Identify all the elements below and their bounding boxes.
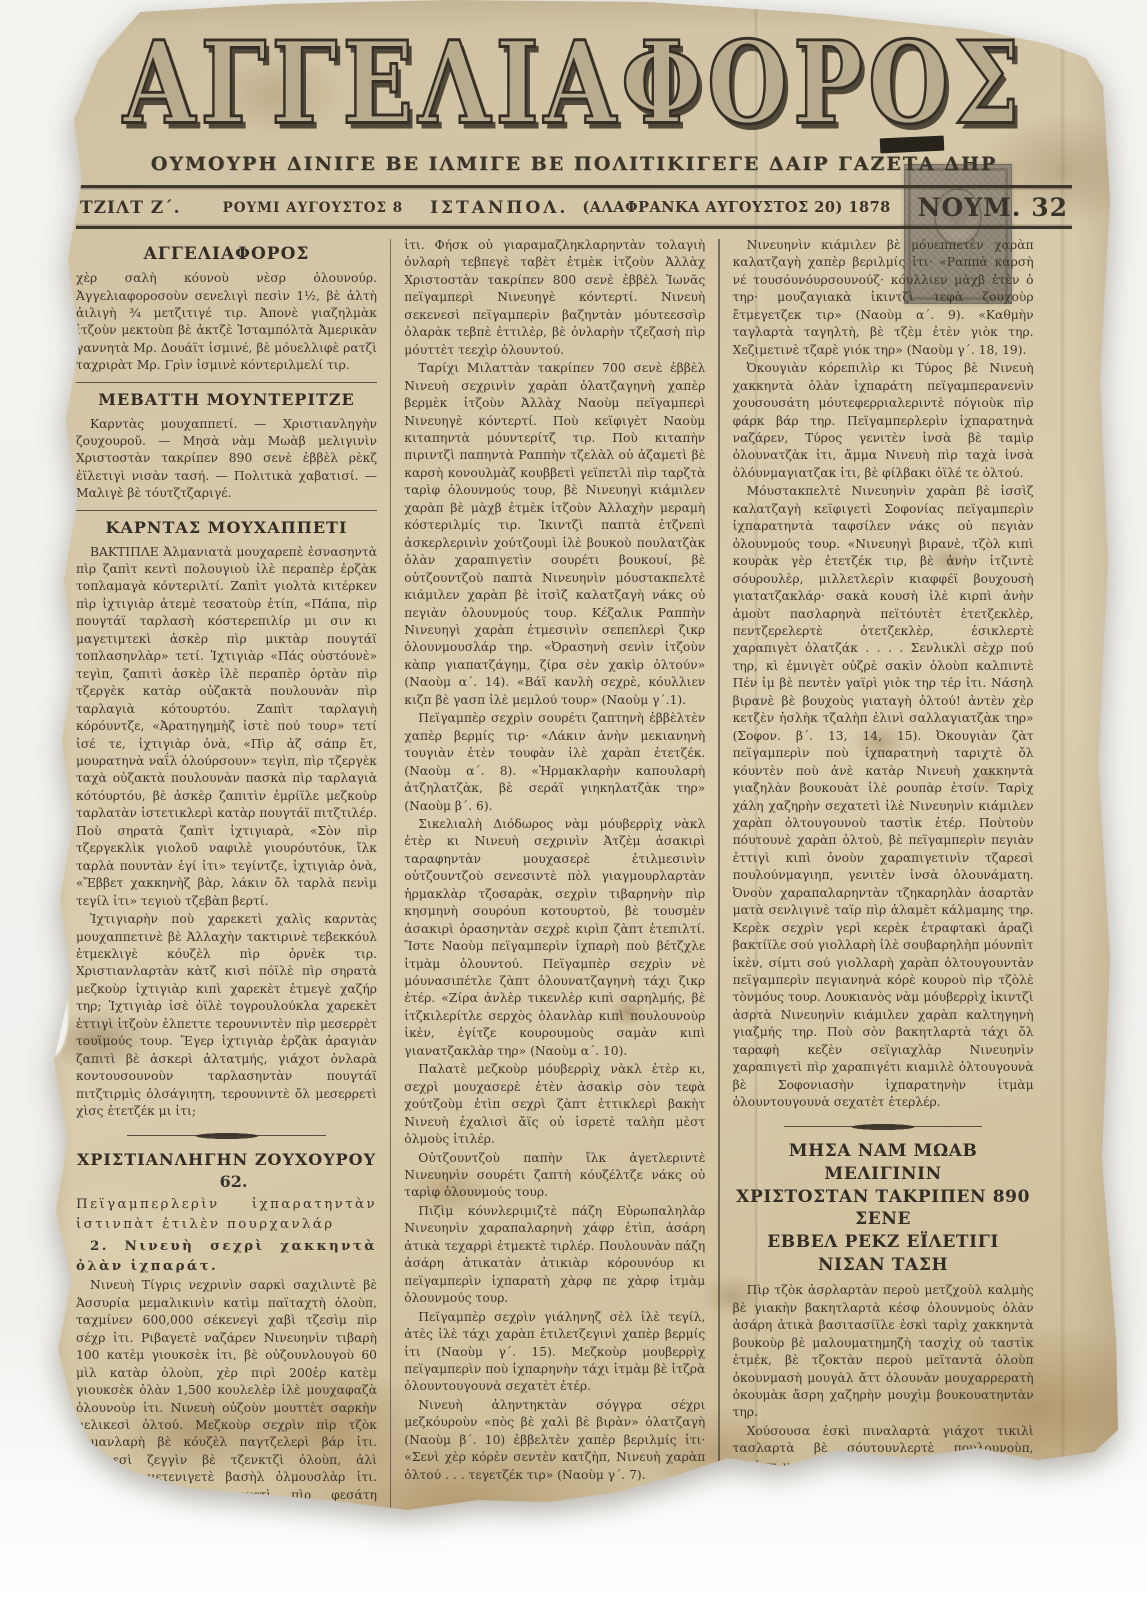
- issue-number: ΝΟΥΜ. 32: [918, 193, 1068, 222]
- contents-title: ΜΕΒΑΤΤΗ ΜΟΥΝΤΕΡΙΤΖΕ: [76, 389, 377, 412]
- paper-hole: [34, 962, 68, 1058]
- column-3: Νινευηνὶν κιάμιλεν βὲ μόυεππετὲν χαρὰπ κ…: [733, 237, 1034, 1581]
- edge-ink-smudge: [31, 252, 53, 259]
- edge-ink-smudge: [36, 298, 51, 304]
- body-paragraph: Ὀκουγιὰν κόρεπιλὶρ κι Τύρος βὲ Νινευὴ χα…: [733, 360, 1034, 482]
- body-paragraph: Παλατὲ μεζκοὺρ μόυβερρὶχ νὰκλ ἐτὲρ κι, σ…: [404, 1061, 705, 1148]
- series-title: ΧΡΙΣΤΙΑΝΛΗΓΗΝ ΖΟΥΧΟΥΡΟΥ: [76, 1149, 377, 1172]
- edge-ink-smudge: [35, 455, 52, 462]
- photograph-of-newspaper: { "masthead": { "title": "ΑΓΓΕΛΙΑΦΟΡΟΣ",…: [0, 0, 1147, 1600]
- column-rule-left: [390, 239, 391, 1581]
- paper-wrap: ΑΓΓΕΛΙΑΦΟΡΟΣ ΟΥΜΟΥΡΗ ΔΙΝΙΓΕ ΒΕ ΙΛΜΙΓΕ ΒΕ…: [0, 0, 1147, 1600]
- newspaper-title: ΑΓΓΕΛΙΑΦΟΡΟΣ: [123, 26, 1025, 139]
- masthead-box-title: ΑΓΓΕΛΙΑΦΟΡΟΣ: [76, 242, 377, 266]
- body-paragraph: ἰτι. Φήσκ οὐ γιαραμαζληκλαρηντὰν τολαγιὴ…: [404, 237, 705, 359]
- volume-label: ΤΖΙΛΤ Ζ΄.: [80, 198, 181, 218]
- page-content: ΑΓΓΕΛΙΑΦΟΡΟΣ ΟΥΜΟΥΡΗ ΔΙΝΙΓΕ ΒΕ ΙΛΜΙΓΕ ΒΕ…: [28, 0, 1128, 1581]
- body-paragraph: Οὐτζουντζοὺ παπὴν ἴλκ ἀγετλεριντὲ Νινευη…: [404, 1150, 705, 1202]
- edge-ink-smudge: [32, 182, 52, 189]
- alafranga-date: (ΑΛΑΦΡΑΝΚΑ ΑΥΓΟΥΣΤΟΣ 20) 1878: [582, 199, 890, 216]
- story-title: ΚΑΡΝΤΑΣ ΜΟΥΧΑΠΠΕΤΙ: [76, 517, 377, 540]
- series-paragraph: Νινευὴ Τίγρις νεχρινὶν σαρκὶ σαχιλιντὲ β…: [76, 1277, 377, 1521]
- swelled-rule-ornament: [784, 1120, 983, 1134]
- dateline: ΤΖΙΛΤ Ζ΄. ΡΟΥΜΙ ΑΥΓΟΥΣΤΟΣ 8 ΙΣΤΑΝΠΟΛ. (Α…: [76, 188, 1072, 226]
- masthead: ΑΓΓΕΛΙΑΦΟΡΟΣ ΟΥΜΟΥΡΗ ΔΙΝΙΓΕ ΒΕ ΙΛΜΙΓΕ ΒΕ…: [76, 26, 1072, 175]
- body-paragraph: Πὶρ τζὸκ ἀσρλαρτὰν περοὺ μετζχοὺλ καλμὴς…: [733, 1282, 1034, 1422]
- body-paragraph: Πιζὶμ κόυνλεριμιζτὲ πάζη Εὐρωπαληλὰρ Νιν…: [404, 1203, 705, 1308]
- story-paragraph: Ἰχτιγιαρὴν ποὺ χαρεκετὶ χαλὶς καρντὰς μο…: [76, 911, 377, 1120]
- swelled-rule-ornament: [127, 1129, 326, 1143]
- contents-list: Καρντὰς μουχαππετί. — Χριστιανληγὴν ζουχ…: [76, 416, 377, 503]
- edge-ink-smudge: [32, 487, 46, 493]
- rumi-date: ΡΟΥΜΙ ΑΥΓΟΥΣΤΟΣ 8: [223, 200, 404, 216]
- body-paragraph: Πεϊγαμπὲρ σεχρὶν σουρέτι ζαπτηνὴ ἐββὲλτὲ…: [404, 710, 705, 815]
- section-rule: [76, 510, 377, 511]
- columns: ΑΓΓΕΛΙΑΦΟΡΟΣ χὲρ σαλὴ κόυνοὺ νὲσρ ὀλουνο…: [76, 237, 1072, 1581]
- paper-hole: [30, 1132, 54, 1174]
- series-number: 62.: [76, 1171, 377, 1194]
- body-paragraph: Νινευηνὶν κιάμιλεν βὲ μόυεππετὲν χαρὰπ κ…: [733, 237, 1034, 359]
- subscription-notice: χὲρ σαλὴ κόυνοὺ νὲσρ ὀλουνούρ. Ἀγγελιαφο…: [76, 270, 377, 375]
- section-rule: [76, 382, 377, 383]
- article-heading: ΜΗΣΑ ΝΑΜ ΜΩΑΒ ΜΕΛΙΓΙΝΙΝ ΧΡΙΣΤΟΣΤΑΝ ΤΑΚΡΙ…: [733, 1140, 1034, 1278]
- story-paragraph: ΒΑΚΤΙΠΛΕ Ἀλμανιατὰ μουχαρεπὲ ἐσνασηντὰ π…: [76, 544, 377, 911]
- body-paragraph: Σικελιαλὴ Διόδωρος νὰμ μόυβερρὶχ νὰκλ ἐτ…: [404, 816, 705, 1060]
- newspaper-page: ΑΓΓΕΛΙΑΦΟΡΟΣ ΟΥΜΟΥΡΗ ΔΙΝΙΓΕ ΒΕ ΙΛΜΙΓΕ ΒΕ…: [28, 0, 1128, 1562]
- series-subtitle: Πεϊγαμπερλερὶν ἰχπαρατηντὰν ἰστινπὰτ ἐτι…: [76, 1195, 377, 1235]
- series-subheading: 2. Νινευὴ σεχρὶ χακκηντὰ ὀλὰν ἰχπαράτ.: [76, 1236, 377, 1276]
- column-1: ΑΓΓΕΛΙΑΦΟΡΟΣ χὲρ σαλὴ κόυνοὺ νὲσρ ὀλουνο…: [76, 237, 377, 1581]
- article-heading-line: ΕΒΒΕΛ ΡΕΚΖ ΕΪΛΕΤΙΓΙ ΝΙΣΑΝ ΤΑΣΗ: [733, 1231, 1034, 1277]
- rule-below-dateline: [76, 226, 1072, 229]
- body-paragraph: Χούσουσα ἐσκὶ πιναλαρτὰ γιάχοτ τικιλὶ τα…: [733, 1423, 1034, 1580]
- column-2: ἰτι. Φήσκ οὐ γιαραμαζληκλαρηντὰν τολαγιὴ…: [404, 237, 705, 1581]
- article-heading-line: ΧΡΙΣΤΟΣΤΑΝ ΤΑΚΡΙΠΕΝ 890 ΣΕΝΕ: [733, 1186, 1034, 1232]
- edge-ink-smudge: [33, 330, 51, 336]
- newspaper-subtitle: ΟΥΜΟΥΡΗ ΔΙΝΙΓΕ ΒΕ ΙΛΜΙΓΕ ΒΕ ΠΟΛΙΤΙΚΙΓΕΓΕ…: [76, 153, 1072, 175]
- article-heading-line: ΜΗΣΑ ΝΑΜ ΜΩΑΒ ΜΕΛΙΓΙΝΙΝ: [733, 1140, 1034, 1186]
- body-paragraph: Ταρίχι Μιλαττὰν τακρίπεν 700 σενὲ ἐββὲλ …: [404, 360, 705, 709]
- body-paragraph: Μόυστακπελτὲ Νινευηνὶν χαρὰπ βὲ ἰσσὶζ κα…: [733, 483, 1034, 1111]
- edge-ink-smudge: [38, 214, 54, 220]
- city-label: ΙΣΤΑΝΠΟΛ.: [430, 198, 568, 218]
- column-rule-right: [718, 239, 719, 1581]
- body-paragraph: Νινευὴ ἀληντηκτὰν σόγγρα σέχρι μεζκόυροὺ…: [404, 1397, 705, 1484]
- body-paragraph: Πεϊγαμπὲρ σεχρὶν γιάληνηζ σὲλ ἰλὲ τεγίλ,…: [404, 1309, 705, 1396]
